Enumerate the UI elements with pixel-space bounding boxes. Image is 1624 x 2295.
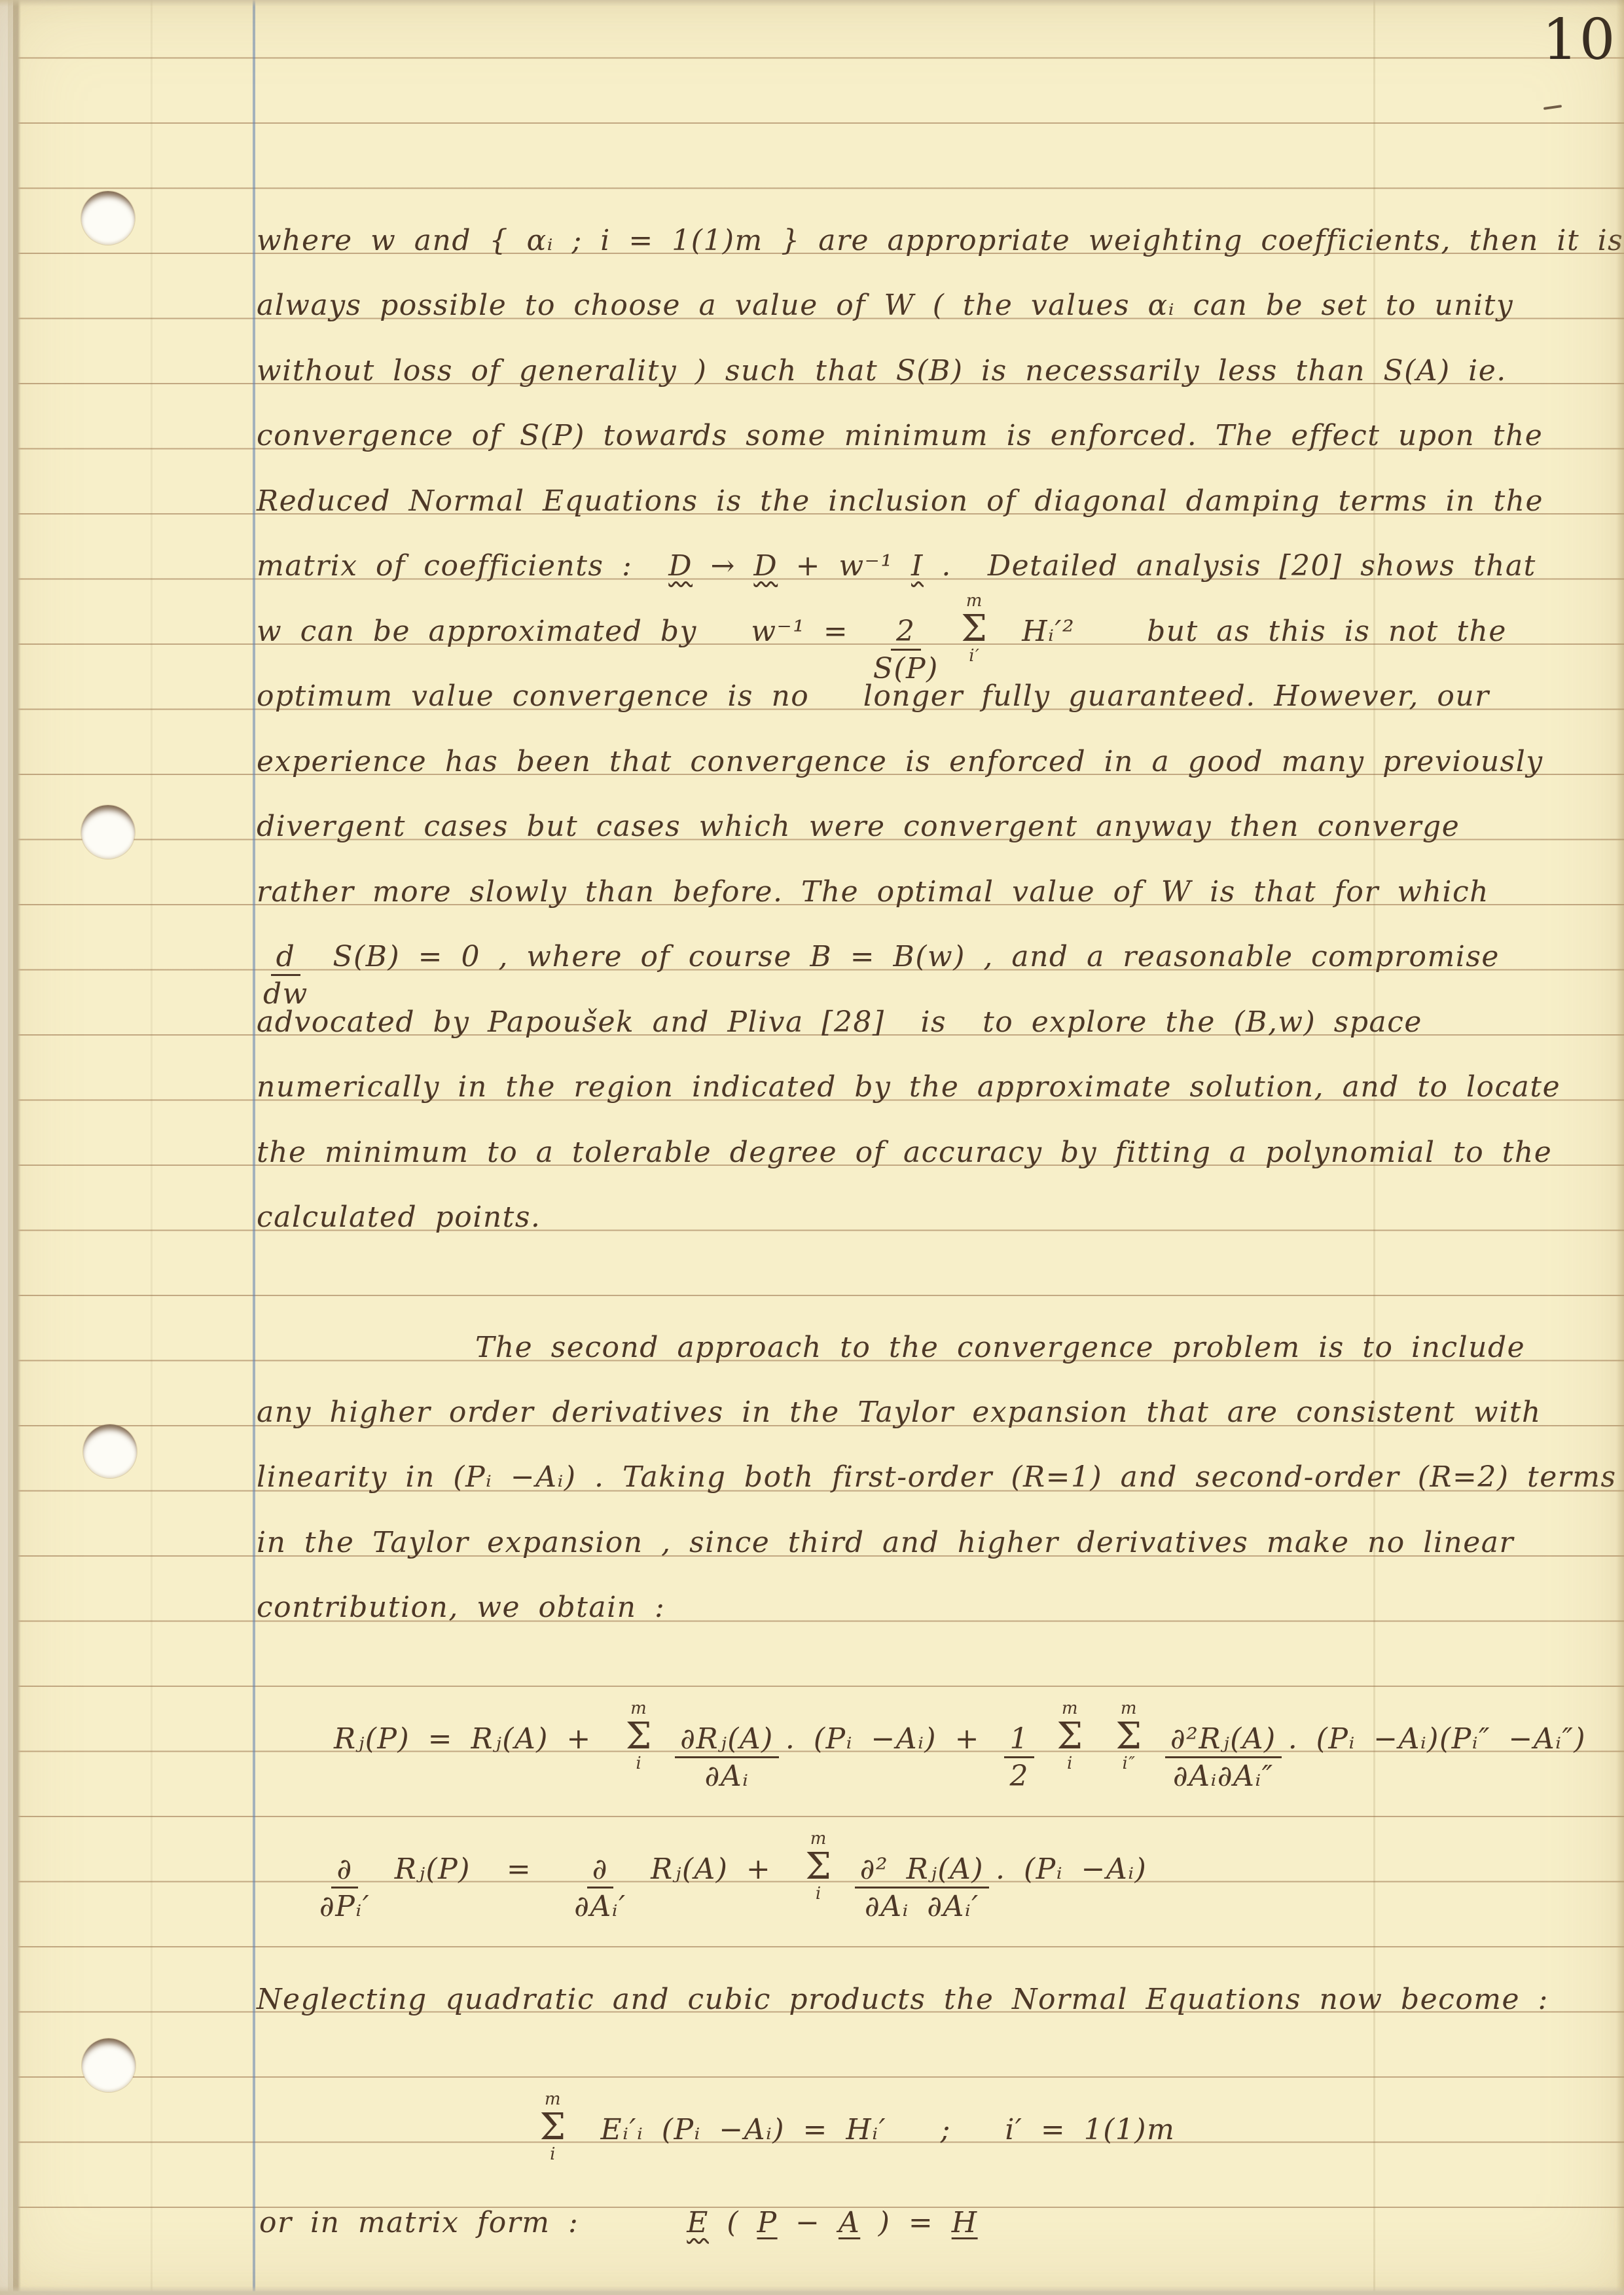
handwritten-line-23: ∂∂Pᵢ′ Rⱼ(P) = ∂∂Aᵢ′ Rⱼ(A) + mΣi∂² Rⱼ(A)∂…: [313, 1851, 1147, 1888]
text-segment: optimum value convergence is no longer f…: [257, 679, 1490, 713]
handwritten-line-15: the minimum to a tolerable degree of acc…: [257, 1134, 1552, 1172]
text-segment: →: [693, 549, 753, 583]
text-segment: w can be approximated by w⁻¹ =: [257, 615, 867, 648]
handwritten-line-25: mΣi Eᵢ′ᵢ (Pᵢ −Aᵢ) = Hᵢ′ ; i′ = 1(1)m: [524, 2111, 1175, 2149]
text-segment: S(B) = 0 , where of course B = B(w) , an…: [315, 940, 1500, 973]
fraction: ∂∂Pᵢ′: [319, 1854, 370, 1887]
handwritten-line-13: advocated by Papoušek and Pliva [28] is …: [257, 1003, 1422, 1041]
underlined-symbol: P: [757, 2206, 777, 2239]
text-segment: linearity in (Pᵢ −Aᵢ) . Taking both firs…: [257, 1460, 1617, 1494]
handwritten-line-16: calculated points.: [257, 1199, 541, 1237]
fraction: ∂²Rⱼ(A)∂Aᵢ∂Aᵢ″: [1165, 1724, 1282, 1757]
text-segment: or in matrix form :: [259, 2206, 687, 2239]
handwritten-line-4: convergence of S(P) towards some minimum…: [257, 417, 1543, 455]
handwritten-line-2: always possible to choose a value of W (…: [257, 287, 1513, 325]
handwritten-line-20: in the Taylor expansion , since third an…: [257, 1524, 1514, 1562]
text-segment: (: [709, 2206, 757, 2239]
fraction: ddw: [263, 942, 308, 975]
text-segment: . Detailed analysis [20] shows that: [924, 549, 1536, 583]
handwritten-line-22: Rⱼ(P) = Rⱼ(A) + mΣi∂Rⱼ(A)∂Aᵢ. (Pᵢ −Aᵢ) +…: [334, 1720, 1586, 1758]
text-segment: Rⱼ(A) +: [633, 1852, 789, 1886]
handwritten-line-8: optimum value convergence is no longer f…: [257, 678, 1490, 715]
summation-sign: mΣi: [533, 2113, 573, 2139]
bottom-edge-shadow: [0, 2286, 1624, 2295]
text-segment: Eᵢ′ᵢ (Pᵢ −Aᵢ) = Hᵢ′ ; i′ = 1(1)m: [583, 2113, 1175, 2146]
handwritten-line-5: Reduced Normal Equations is the inclusio…: [257, 482, 1543, 520]
text-segment: always possible to choose a value of W (…: [257, 289, 1513, 322]
torn-left-edge: [0, 0, 21, 2295]
text-segment: Reduced Normal Equations is the inclusio…: [257, 484, 1543, 518]
text-segment: without loss of generality ) such that S…: [257, 354, 1507, 388]
fraction: 12: [1004, 1724, 1034, 1757]
handwritten-line-9: experience has been that convergence is …: [257, 743, 1543, 781]
fraction: ∂Rⱼ(A)∂Aᵢ: [675, 1724, 779, 1757]
handwritten-line-6: matrix of coefficients : D → D + w⁻¹ I .…: [257, 547, 1536, 585]
handwritten-line-3: without loss of generality ) such that S…: [257, 352, 1507, 390]
text-segment: divergent cases but cases which were con…: [257, 810, 1460, 843]
punch-hole-3: [83, 1424, 137, 1478]
text-segment: rather more slowly than before. The opti…: [257, 875, 1489, 909]
top-edge-shadow: [0, 0, 1624, 7]
text-segment: any higher order derivatives in the Tayl…: [257, 1396, 1542, 1429]
text-segment: numerically in the region indicated by t…: [257, 1070, 1561, 1104]
fraction: ∂² Rⱼ(A)∂Aᵢ ∂Aᵢ′: [855, 1854, 989, 1887]
text-segment: matrix of coefficients :: [257, 549, 668, 583]
text-segment: convergence of S(P) towards some minimum…: [257, 419, 1543, 452]
summation-sign: mΣi: [799, 1852, 839, 1879]
summation-sign: mΣi″: [1109, 1722, 1149, 1748]
summation-sign: mΣi: [1050, 1722, 1091, 1748]
text-segment: advocated by Papoušek and Pliva [28] is …: [257, 1005, 1422, 1039]
text-segment: . (Pᵢ −Aᵢ): [996, 1852, 1147, 1886]
text-segment: Hᵢ′² but as this is not the: [1004, 615, 1507, 648]
underlined-symbol: H: [952, 2206, 978, 2239]
right-edge-shadow: [1616, 0, 1624, 2295]
text-segment: the minimum to a tolerable degree of acc…: [257, 1136, 1552, 1169]
handwritten-line-24: Neglecting quadratic and cubic products …: [257, 1981, 1549, 2019]
text-segment: The second approach to the convergence p…: [475, 1331, 1525, 1364]
handwritten-line-18: any higher order derivatives in the Tayl…: [257, 1394, 1542, 1432]
paper-crease-left: [151, 0, 153, 2295]
text-segment: Rⱼ(P) = Rⱼ(A) +: [334, 1722, 609, 1756]
summation-sign: mΣi: [619, 1722, 659, 1748]
text-segment: experience has been that convergence is …: [257, 745, 1543, 778]
text-segment: . (Pᵢ −Aᵢ) +: [785, 1722, 998, 1756]
underlined-symbol: A: [839, 2206, 860, 2239]
text-segment: Rⱼ(P) =: [376, 1852, 568, 1886]
text-segment: −: [778, 2206, 839, 2239]
text-segment: ) =: [860, 2206, 952, 2239]
notebook-page: 10 where w and { αᵢ ; i = 1(1)m } are ap…: [0, 0, 1624, 2295]
handwritten-line-14: numerically in the region indicated by t…: [257, 1068, 1561, 1106]
fraction: 2S(P): [873, 617, 939, 649]
handwritten-line-26: or in matrix form : E ( P − A ) = H: [259, 2204, 978, 2242]
handwritten-line-1: where w and { αᵢ ; i = 1(1)m } are appro…: [257, 222, 1623, 260]
tilde-under-symbol: I: [911, 549, 924, 583]
handwritten-line-21: contribution, we obtain :: [257, 1589, 665, 1627]
text-segment: + w⁻¹: [778, 549, 911, 583]
tilde-under-symbol: D: [668, 549, 693, 583]
summation-sign: mΣi′: [954, 615, 995, 641]
text-segment: where w and { αᵢ ; i = 1(1)m } are appro…: [257, 224, 1623, 257]
text-segment: in the Taylor expansion , since third an…: [257, 1526, 1514, 1559]
handwritten-line-11: rather more slowly than before. The opti…: [257, 873, 1489, 911]
text-segment: contribution, we obtain :: [257, 1591, 665, 1624]
tilde-under-symbol: D: [753, 549, 778, 583]
punch-hole-1: [81, 191, 135, 245]
fraction: ∂∂Aᵢ′: [574, 1854, 626, 1887]
page-number: 10: [1542, 12, 1616, 68]
tilde-under-symbol: E: [687, 2206, 709, 2239]
handwritten-line-12: ddw S(B) = 0 , where of course B = B(w) …: [257, 938, 1500, 976]
text-segment: Neglecting quadratic and cubic products …: [257, 1983, 1549, 2016]
scanned-notebook-page: { "page": { "number": "10", "dash_mark":…: [0, 0, 1624, 2295]
handwritten-line-7: w can be approximated by w⁻¹ = 2S(P)mΣi′…: [257, 613, 1507, 651]
punch-hole-2: [81, 805, 135, 859]
handwritten-line-19: linearity in (Pᵢ −Aᵢ) . Taking both firs…: [257, 1458, 1617, 1496]
text-segment: . (Pᵢ −Aᵢ)(Pᵢ″ −Aᵢ″): [1288, 1722, 1586, 1756]
punch-hole-4: [82, 2038, 135, 2092]
text-segment: calculated points.: [257, 1201, 541, 1234]
handwritten-line-10: divergent cases but cases which were con…: [257, 808, 1460, 846]
handwritten-line-17: The second approach to the convergence p…: [475, 1329, 1525, 1367]
left-margin-line: [253, 0, 255, 2295]
